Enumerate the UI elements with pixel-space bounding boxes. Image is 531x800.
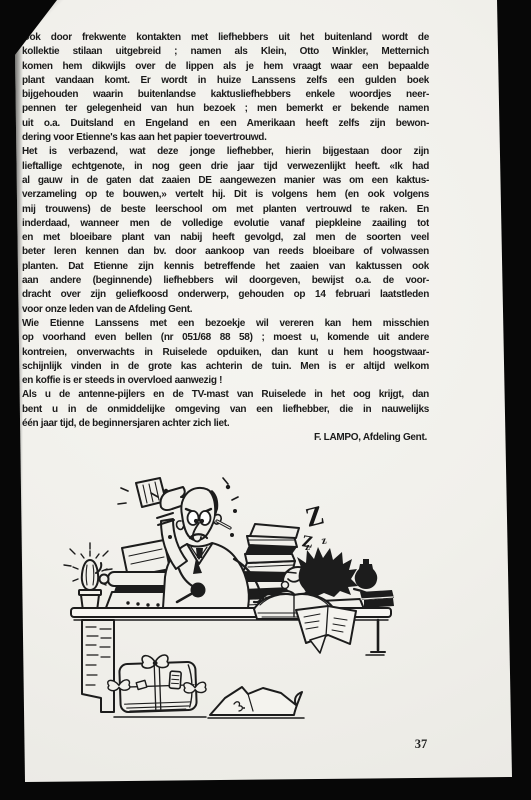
text-line: al gauw in de gaten dat zaaien DE aangew… xyxy=(22,174,429,188)
text-line: uit o.a. Duitsland en Engeland en een Am… xyxy=(22,117,429,131)
text-line: plant vandaan komt. Er wordt in huize La… xyxy=(22,74,429,88)
text-line: aan andere (beginnende) liefhebbers wil … xyxy=(22,274,429,288)
sleep-zzz: Z Z z z xyxy=(300,499,327,553)
text-line: en met bloeibare plant van nabij heeft g… xyxy=(22,231,429,245)
floor-paper xyxy=(210,687,302,715)
cartoon-illustration: Z Z z z xyxy=(58,477,398,739)
svg-text:z: z xyxy=(321,534,328,547)
text-line: pennen ter gelegenheid van hun bezoek ; … xyxy=(22,102,429,116)
text-line: bent u in de onmiddelijke omgeving van e… xyxy=(22,403,429,417)
parcel xyxy=(107,654,207,713)
text-line: Ook door frekwente kontakten met liefheb… xyxy=(22,31,429,45)
text-line: schijnlijk vinden in de grote kas achter… xyxy=(22,360,429,374)
article-signature: F. LAMPO, Afdeling Gent. xyxy=(22,431,429,445)
article-body: Ook door frekwente kontakten met liefheb… xyxy=(22,31,429,446)
text-line: kontreien, onverwachts in Ruiselede opdu… xyxy=(22,346,429,360)
text-line: Wie Etienne Lanssens met een bezoekje wi… xyxy=(22,317,429,331)
svg-text:Z: Z xyxy=(302,499,327,532)
stacked-books-flat xyxy=(360,590,394,608)
text-line: planten. Dat Etienne zijn kennis betreff… xyxy=(22,260,429,274)
text-line: kollektie stilaan uitgebreid ; namen als… xyxy=(22,45,429,59)
text-line: inderdaad, wanneer men de volledige evol… xyxy=(22,217,429,231)
text-line: verzameling op te bouwen,» vertelt hij. … xyxy=(22,188,429,202)
text-line: beter leren kennen dan bv. door aankoop … xyxy=(22,245,429,259)
text-line: Het is verbazend, wat deze jonge liefheb… xyxy=(22,145,429,159)
text-line: bijgehouden waarin buitenlandse kaktusli… xyxy=(22,88,429,102)
text-line: komen hem dikwijls over de lippen als je… xyxy=(22,60,429,74)
text-line: en koffie is er steeds in overvloed aanw… xyxy=(22,374,429,388)
text-line: dracht over zijn geliefkoosd onderwerp, … xyxy=(22,288,429,302)
text-line: Als u de antenne-pijlers en de TV-mast v… xyxy=(22,388,429,402)
text-line: voor onze leden van de Afdeling Gent. xyxy=(22,303,429,317)
text-line: dering voor Etienne's kas aan het papier… xyxy=(22,131,429,145)
page-paper: Ook door frekwente kontakten met liefheb… xyxy=(0,0,531,800)
text-line: lieftallige echtgenote, in nog geen drie… xyxy=(22,160,429,174)
svg-text:z: z xyxy=(305,541,310,553)
text-line: één jaar tijd, de beginnersjaren achter … xyxy=(22,417,429,431)
scanned-magazine-page: { "page": { "number": "37", "colors": { … xyxy=(0,0,531,800)
text-line: op voorhand even bellen (nr 051/68 88 58… xyxy=(22,331,429,345)
hanging-paper xyxy=(296,606,356,653)
page-number: 37 xyxy=(406,737,436,752)
text-line: mij trouwens) de beste leerschool om met… xyxy=(22,203,429,217)
ink-bottle xyxy=(355,559,378,589)
